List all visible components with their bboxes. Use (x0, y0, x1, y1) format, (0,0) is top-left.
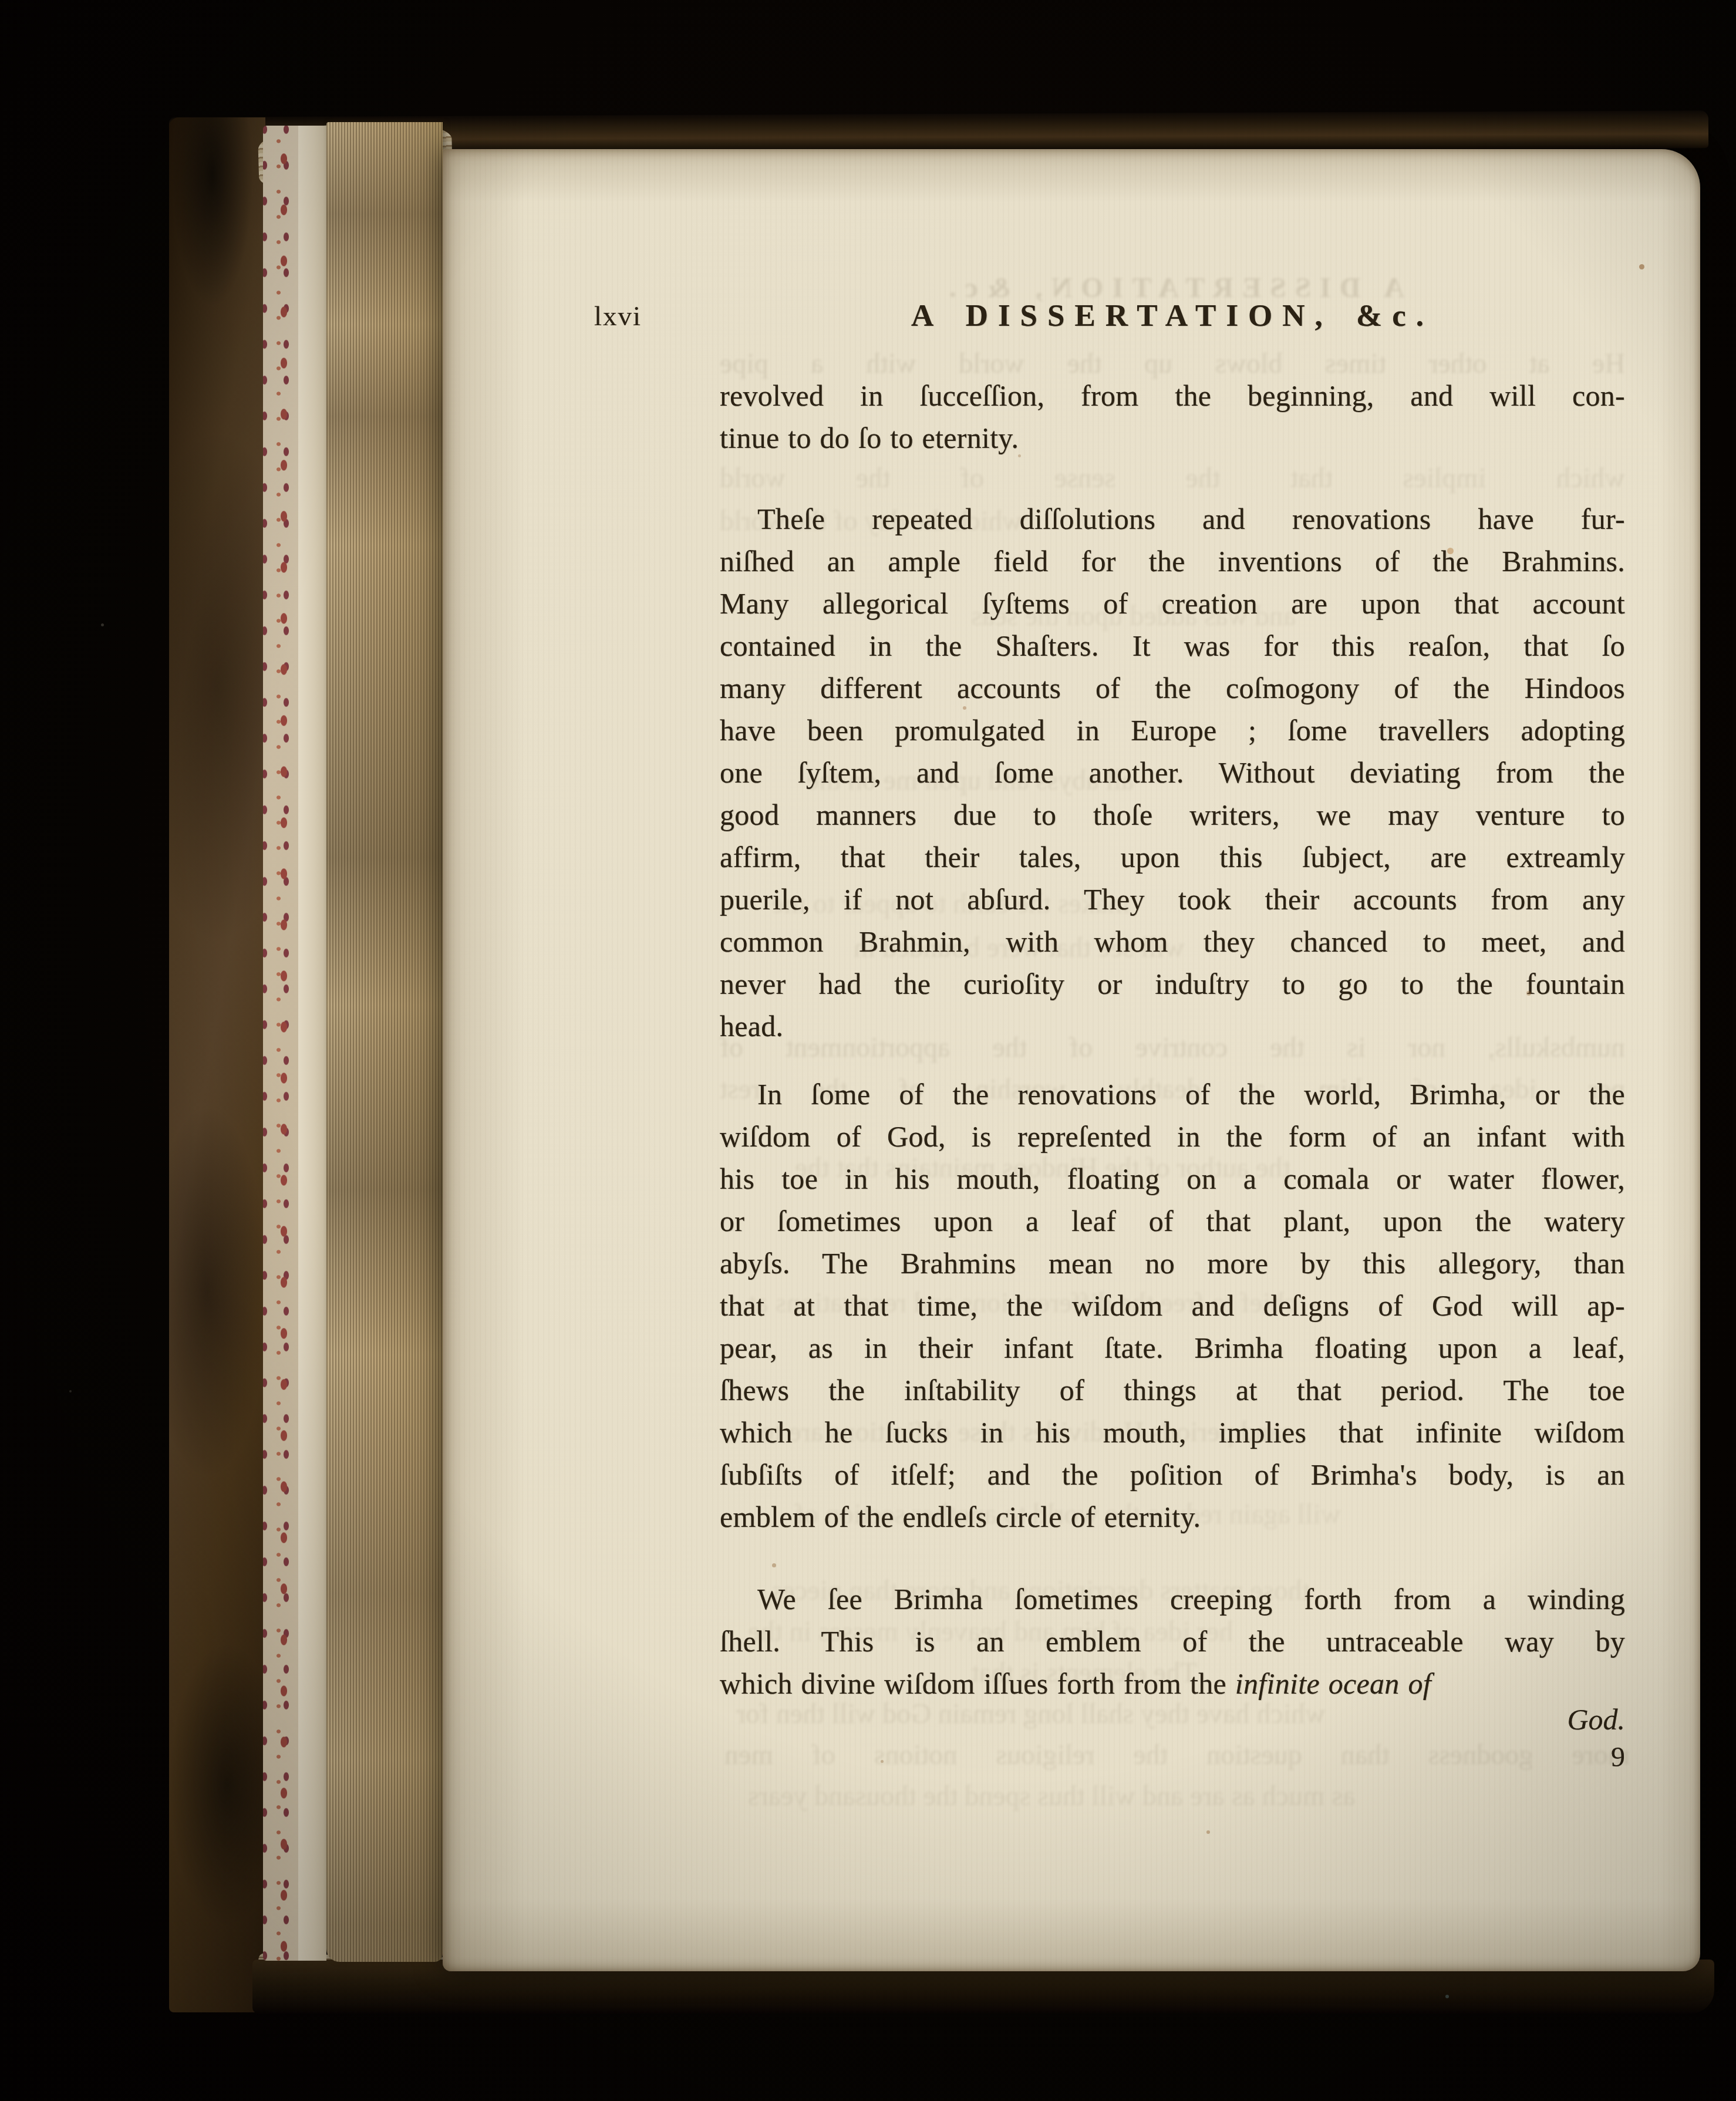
text-line: ſubſiſts of itſelf; and the poſition of … (720, 1453, 1625, 1496)
dust-speck (101, 623, 104, 626)
paragraph: revolved in ſucceſſion, from the beginni… (720, 375, 1625, 459)
bleedthrough-ghost-line: which implies that the sense of the worl… (720, 457, 1625, 500)
text-line: niſhed an ample field for the inventions… (720, 540, 1625, 582)
text-line: Theſe repeated diſſolutions and renovati… (720, 498, 1625, 540)
text-line: many different accounts of the coſmogony… (720, 667, 1625, 709)
text-line: common Brahmin, with whom they chanced t… (720, 920, 1625, 963)
foxing-speck (1018, 454, 1021, 457)
foxing-speck (1206, 1830, 1210, 1834)
photograph-background: A DISSERTATION, &c.He at other times blo… (0, 0, 1736, 2101)
text-line: emblem of the endleſs circle of eternity… (720, 1496, 1625, 1538)
text-line: which he ſucks in his mouth, implies tha… (720, 1411, 1625, 1453)
text-line: In ſome of the renovations of the world,… (720, 1073, 1625, 1115)
text-line: revolved in ſucceſſion, from the beginni… (720, 375, 1625, 417)
italic-text-segment: infinite ocean of (1235, 1667, 1431, 1700)
text-line: tinue to do ſo to eternity. (720, 417, 1625, 459)
text-line: puerile, if not abſurd. They took their … (720, 878, 1625, 920)
foxing-speck (1526, 991, 1531, 996)
text-line: abyſs. The Brahmins mean no more by this… (720, 1242, 1625, 1284)
paragraph: Theſe repeated diſſolutions and renovati… (720, 498, 1625, 1047)
text-line: ſhews the inſtability of things at that … (720, 1369, 1625, 1411)
paragraph: We ſee Brimha ſometimes creeping forth f… (720, 1578, 1625, 1705)
text-line: contained in the Shaſters. It was for th… (720, 625, 1625, 667)
foxing-speck (772, 1563, 776, 1567)
text-line: one ſyſtem, and ſome another. Without de… (720, 751, 1625, 794)
text-line: ſhell. This is an emblem of the untracea… (720, 1620, 1625, 1662)
book-page: A DISSERTATION, &c.He at other times blo… (443, 149, 1700, 1971)
foxing-speck (963, 706, 966, 710)
text-line: pear, as in their infant ſtate. Brimha f… (720, 1327, 1625, 1369)
text-line: head. (720, 1005, 1625, 1047)
dust-speck (69, 1390, 72, 1392)
text-line: wiſdom of God, is repreſented in the for… (720, 1115, 1625, 1158)
dust-speck (1445, 1995, 1449, 1998)
marbled-endpaper-edge (263, 126, 298, 1961)
page-block-fore-edge (326, 122, 443, 1962)
running-head-title: A DISSERTATION, &c. (720, 298, 1625, 333)
bleedthrough-ghost-line: as much as are and will thus spend the t… (748, 1775, 1355, 1817)
text-line: never had the curioſity or induſtry to g… (720, 963, 1625, 1005)
foxing-speck (1447, 548, 1454, 554)
page-folio-number: lxvi (594, 301, 642, 332)
paragraph: In ſome of the renovations of the world,… (720, 1073, 1625, 1538)
text-line: affirm, that their tales, upon this ſubj… (720, 836, 1625, 878)
foxing-speck (1639, 264, 1644, 269)
text-line: or ſometimes upon a leaf of that plant, … (720, 1200, 1625, 1242)
signature-mark: 9 (720, 1736, 1644, 1779)
text-segment: which divine wiſdom iſſues forth from th… (720, 1667, 1235, 1700)
text-line: good manners due to thoſe writers, we ma… (720, 794, 1625, 836)
text-line: his toe in his mouth, floating on a coma… (720, 1158, 1625, 1200)
leather-cover (169, 117, 265, 2012)
foxing-speck (881, 1760, 884, 1763)
text-line: Many allegorical ſyſtems of creation are… (720, 582, 1625, 625)
text-line: We ſee Brimha ſometimes creeping forth f… (720, 1578, 1625, 1620)
text-line: that at that time, the wiſdom and deſign… (720, 1284, 1625, 1327)
text-line: have been promulgated in Europe ; ſome t… (720, 709, 1625, 751)
flyleaf-edge (298, 126, 326, 1961)
catchword: God. (720, 1698, 1651, 1741)
